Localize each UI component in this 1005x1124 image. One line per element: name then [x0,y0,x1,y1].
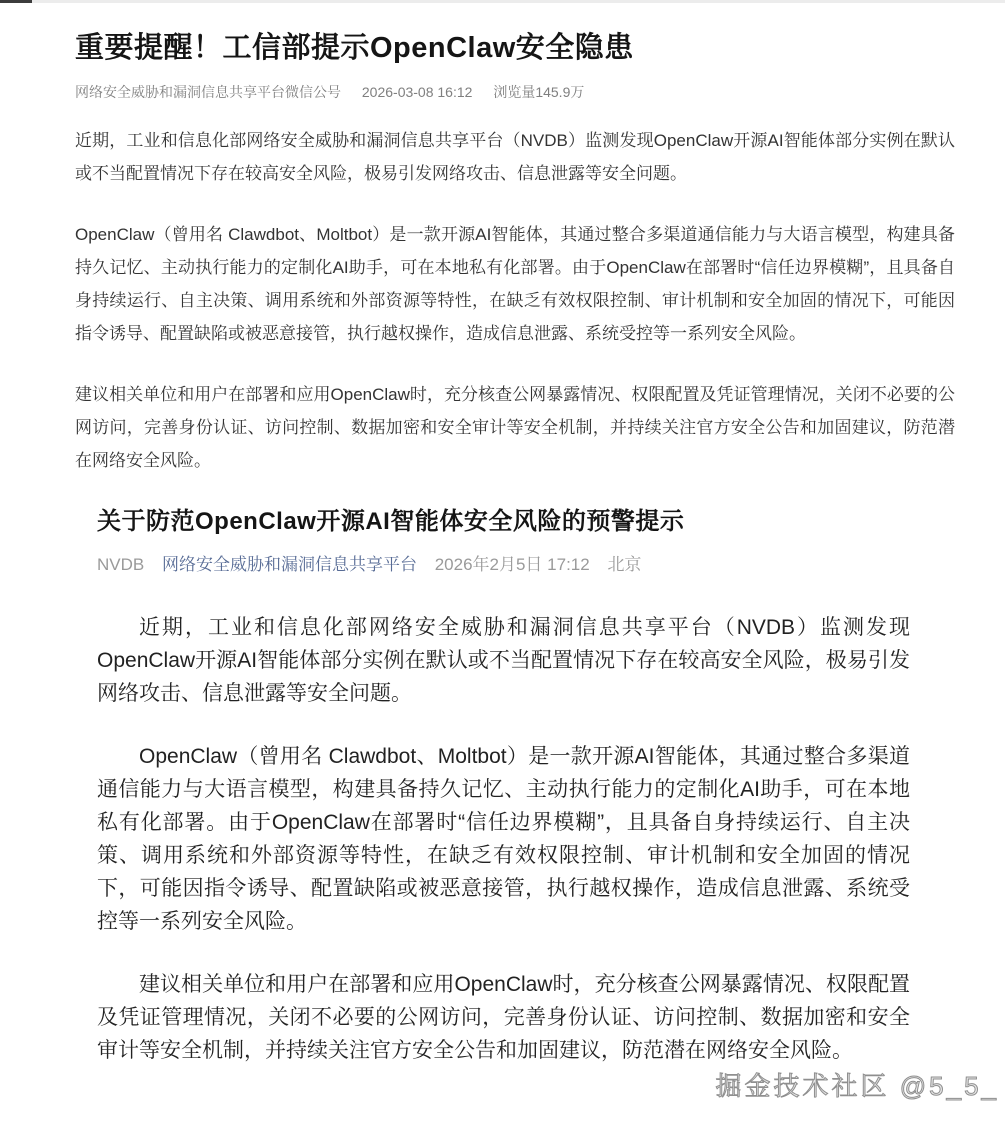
embedded-paragraph-1: 近期，工业和信息化部网络安全威胁和漏洞信息共享平台（NVDB）监测发现OpenC… [97,611,910,710]
embedded-byline-source: NVDB [97,555,144,574]
page-title: 重要提醒！工信部提示OpenClaw安全隐患 [75,29,955,67]
embedded-byline-location: 北京 [607,555,641,574]
embedded-paragraph-2: OpenClaw（曾用名 Clawdbot、Moltbot）是一款开源AI智能体… [97,740,910,938]
embedded-paragraph-3: 建议相关单位和用户在部署和应用OpenClaw时，充分核查公网暴露情况、权限配置… [97,968,910,1067]
byline-publish-time: 2026-03-08 16:12 [362,84,473,100]
embedded-byline-publish-time: 2026年2月5日 17:12 [435,555,590,574]
article-body: 重要提醒！工信部提示OpenClaw安全隐患 网络安全威胁和漏洞信息共享平台微信… [0,3,1005,1067]
embedded-article-title: 关于防范OpenClaw开源AI智能体安全风险的预警提示 [97,505,910,539]
byline-source: 网络安全威胁和漏洞信息共享平台微信公号 [75,84,341,100]
article-paragraph-2: OpenClaw（曾用名 Clawdbot、Moltbot）是一款开源AI智能体… [75,218,955,350]
watermark: 掘金技术社区 @5_5_ [716,1066,999,1103]
article-paragraph-1: 近期，工业和信息化部网络安全威胁和漏洞信息共享平台（NVDB）监测发现OpenC… [75,124,955,190]
byline-view-count: 浏览量145.9万 [493,84,584,100]
article-paragraph-3: 建议相关单位和用户在部署和应用OpenClaw时，充分核查公网暴露情况、权限配置… [75,378,955,477]
embedded-article-byline: NVDB 网络安全威胁和漏洞信息共享平台 2026年2月5日 17:12 北京 [97,553,910,577]
article-byline: 网络安全威胁和漏洞信息共享平台微信公号 2026-03-08 16:12 浏览量… [75,82,955,102]
embedded-article: 关于防范OpenClaw开源AI智能体安全风险的预警提示 NVDB 网络安全威胁… [97,505,910,1067]
embedded-byline-platform-link[interactable]: 网络安全威胁和漏洞信息共享平台 [162,555,417,574]
